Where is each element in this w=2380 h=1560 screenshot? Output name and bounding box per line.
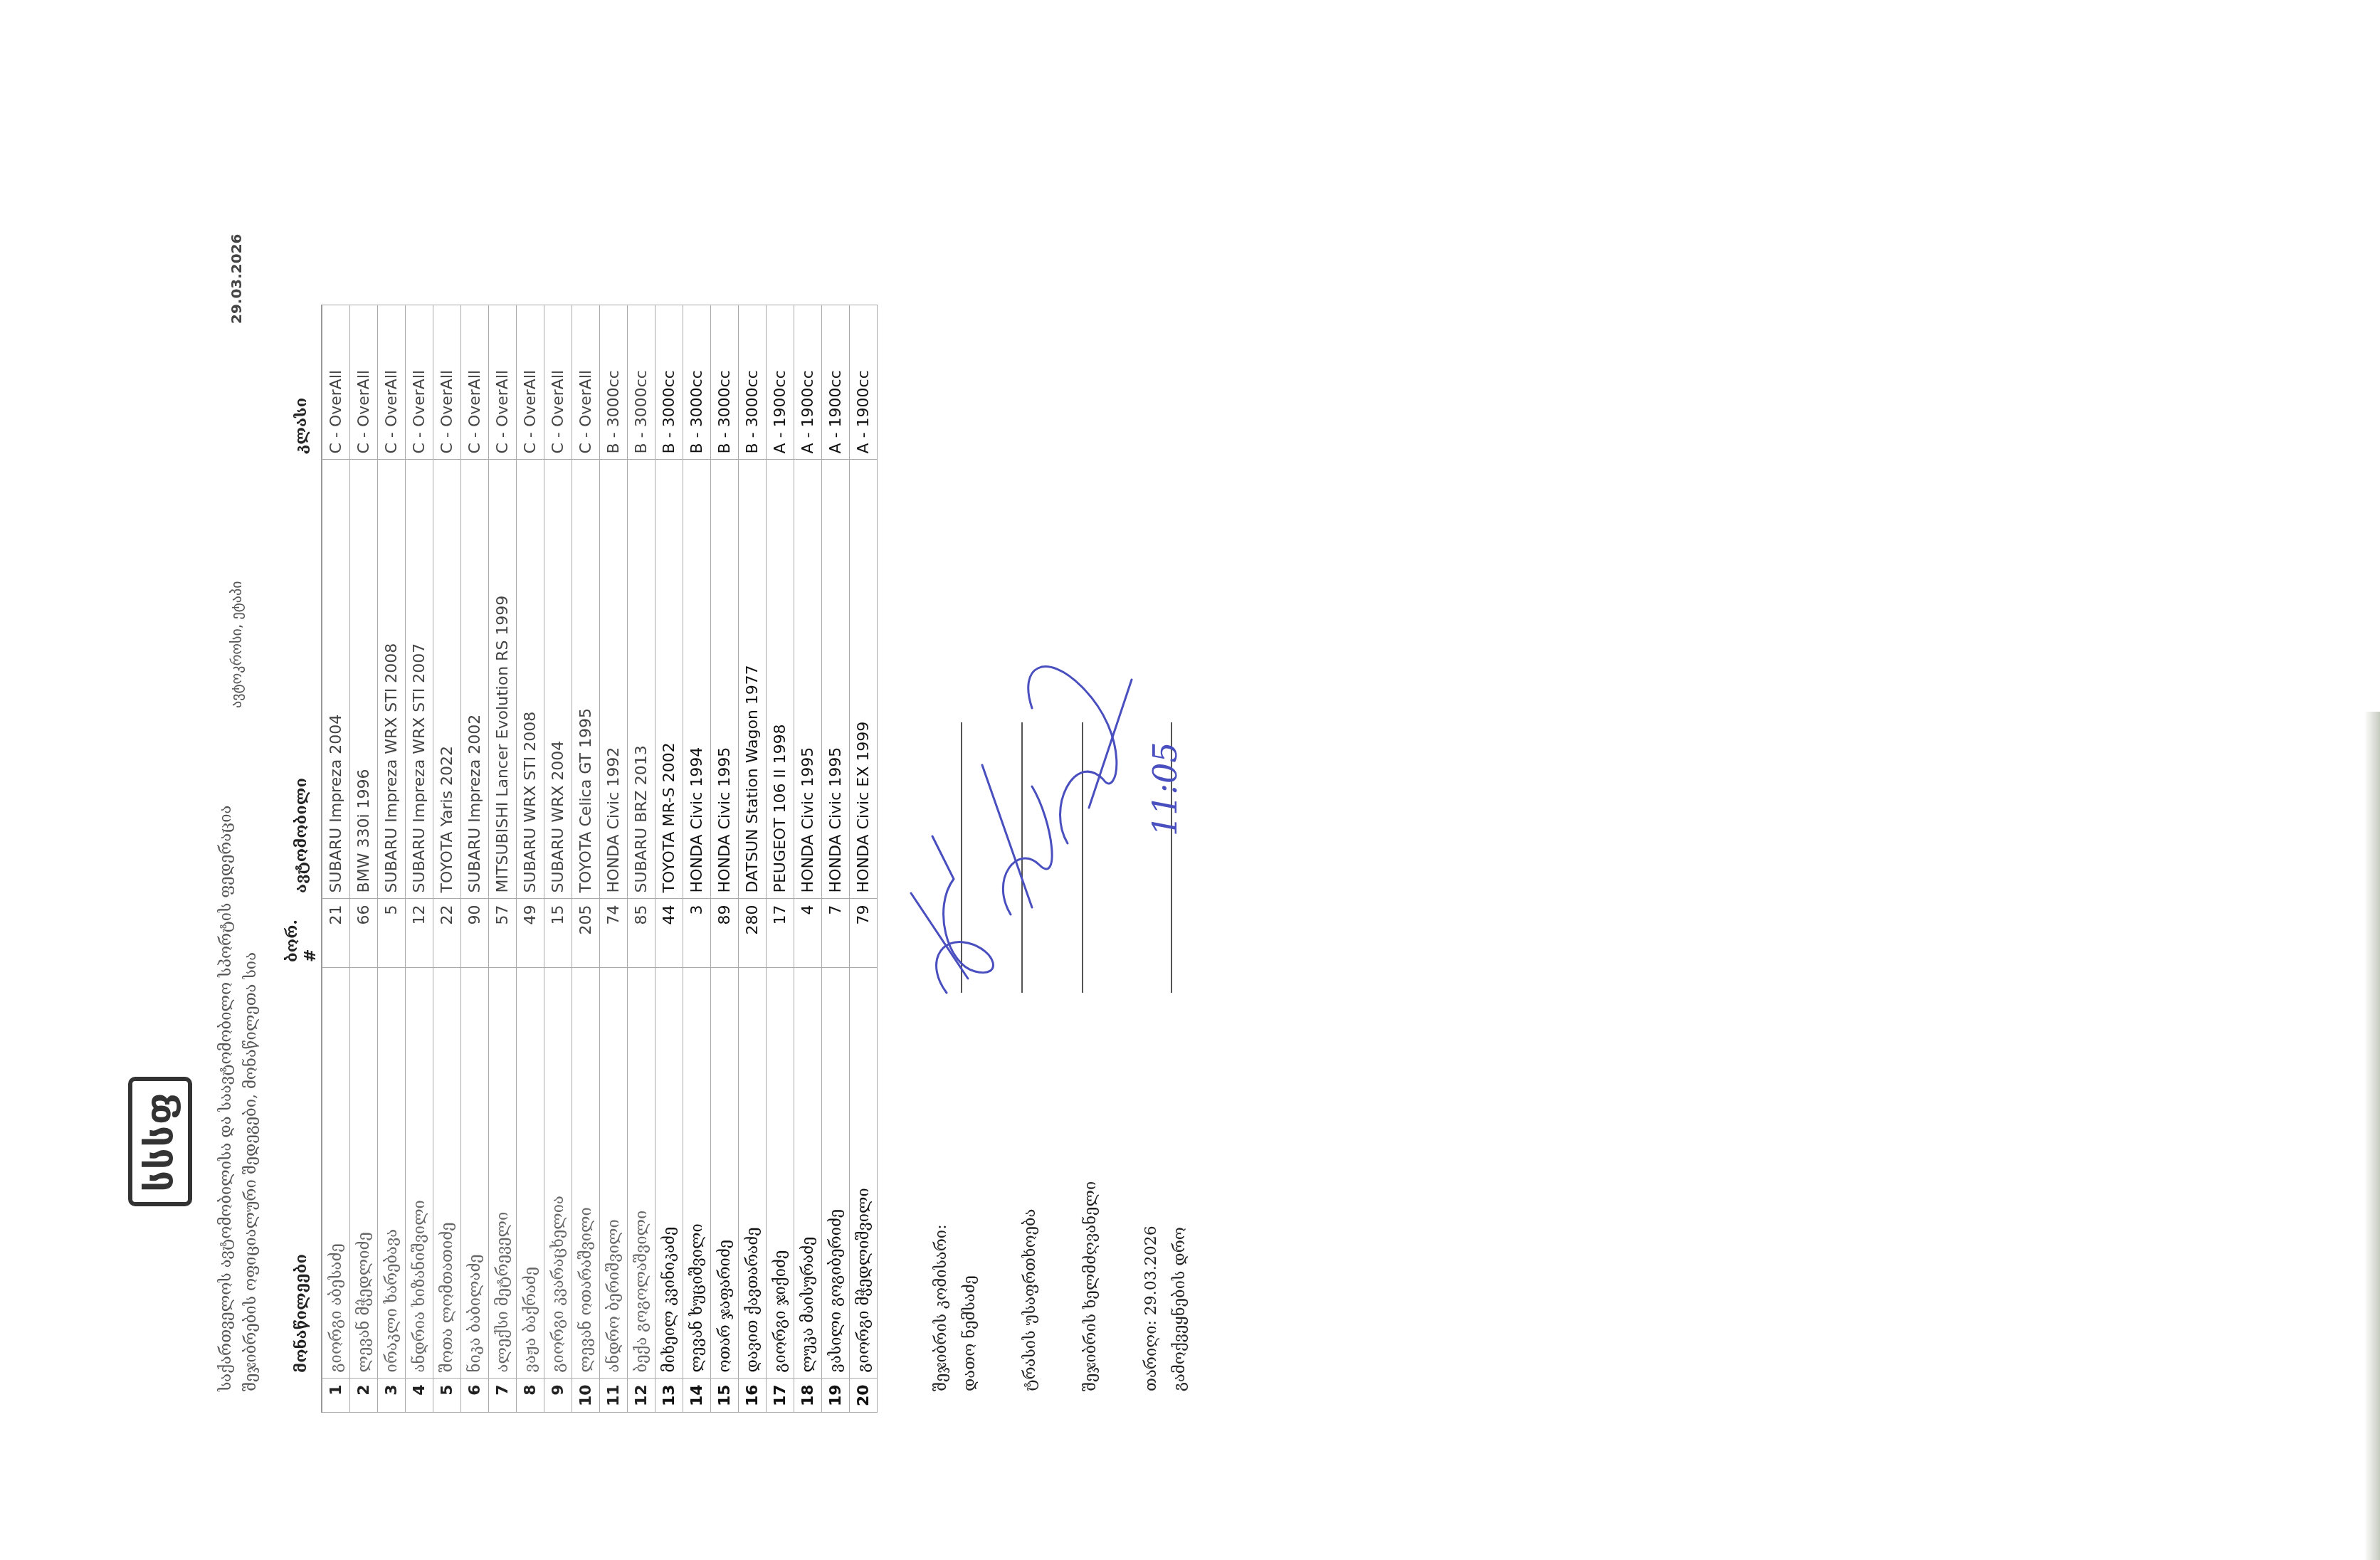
car-number-cell: 17 [767,899,794,968]
car-number-cell: 280 [739,899,767,968]
class-cell: A - 1900cc [850,305,878,460]
class-cell: B - 3000cc [628,305,655,460]
driver-cell: დავით ქავთარაძე [739,968,767,1379]
table-row: 11ანდრო ბერიშვილი74HONDA Civic 1992B - 3… [600,305,628,1413]
table-row: 7ალექსი მეტრეველი57MITSUBISHI Lancer Evo… [489,305,517,1413]
table-row: 19ვასილი გოგიბერიძე7HONDA Civic 1995A - … [822,305,850,1413]
position-cell: 4 [406,1379,433,1413]
document-date: 29.03.2026 [228,233,245,324]
class-cell: A - 1900cc [794,305,822,460]
car-number-cell: 205 [572,899,600,968]
org-name-line-2: შეჯიბრების ოფიციალური შედეგები, მონაწილე… [242,952,260,1391]
steward-label: შეჯიბრის კომისარი: [932,1224,950,1391]
table-row: 12ბექა გოგოლაშვილი85SUBARU BRZ 2013B - 3… [628,305,655,1413]
car-cell: SUBARU Impreza 2004 [322,460,350,899]
class-cell: B - 3000cc [600,305,628,460]
car-cell: SUBARU WRX STI 2008 [517,460,544,899]
car-cell: SUBARU Impreza 2002 [461,460,489,899]
car-cell: PEUGEOT 106 II 1998 [767,460,794,899]
position-cell: 18 [794,1379,822,1413]
publish-label: გამოქვეყნების დრო [1171,1227,1189,1391]
steward-name: დათო ნემსაძე [961,1275,979,1391]
car-number-cell: 79 [850,899,878,968]
table-row: 6ნიკა ბაბილაძე90SUBARU Impreza 2002C - O… [461,305,489,1413]
car-number-cell: 3 [683,899,711,968]
class-cell: B - 3000cc [711,305,739,460]
car-cell: HONDA Civic 1995 [822,460,850,899]
table-row: 16დავით ქავთარაძე280DATSUN Station Wagon… [739,305,767,1413]
class-cell: C - OverAll [544,305,572,460]
driver-cell: გიორგი აბესაძე [322,968,350,1379]
driver-cell: მიხეილ კვინიკაძე [655,968,683,1379]
table-row: 2ლევან მჭედლიძე66BMW 330i 1996C - OverAl… [350,305,378,1413]
table-row: 3ირაკლი ხარებავა5SUBARU Impreza WRX STI … [378,305,406,1413]
class-cell: C - OverAll [572,305,600,460]
class-cell: C - OverAll [433,305,461,460]
table-row: 15ოთარ ჯაფარიძე89HONDA Civic 1995B - 300… [711,305,739,1413]
driver-cell: ვასილი გოგიბერიძე [822,968,850,1379]
federation-logo: სსსფ [128,1077,192,1206]
driver-cell: ლუკა მაისურაძე [794,968,822,1379]
driver-cell: ალექსი მეტრეველი [489,968,517,1379]
col-car: ავტომობილი [281,460,322,899]
driver-cell: ლევან მჭედლიძე [350,968,378,1379]
director-label: შეჯიბრის ხელმძღვანელი [1082,1181,1100,1391]
table-body: 1გიორგი აბესაძე21SUBARU Impreza 2004C - … [322,305,878,1413]
col-driver: მონაწილეები [281,968,322,1379]
car-number-cell: 74 [600,899,628,968]
position-cell: 13 [655,1379,683,1413]
table-row: 14ლევან ხუციშვილი3HONDA Civic 1994B - 30… [683,305,711,1413]
driver-cell: ანდრო ბერიშვილი [600,968,628,1379]
driver-cell: გიორგი ჯიქიძე [767,968,794,1379]
position-cell: 7 [489,1379,517,1413]
position-cell: 9 [544,1379,572,1413]
position-cell: 11 [600,1379,628,1413]
class-cell: C - OverAll [350,305,378,460]
table-row: 13მიხეილ კვინიკაძე44TOYOTA MR-S 2002B - … [655,305,683,1413]
car-number-cell: 90 [461,899,489,968]
car-cell: TOYOTA Yaris 2022 [433,460,461,899]
car-cell: SUBARU Impreza WRX STI 2008 [378,460,406,899]
car-cell: SUBARU Impreza WRX STI 2007 [406,460,433,899]
car-cell: HONDA Civic 1992 [600,460,628,899]
col-class: კლასი [281,305,322,460]
position-cell: 5 [433,1379,461,1413]
position-cell: 3 [378,1379,406,1413]
org-name-line-1: საქართველოს ავტომობილისა და საავტომობილო… [217,806,235,1391]
col-pos [281,1379,322,1413]
driver-cell: ირაკლი ხარებავა [378,968,406,1379]
signature-block: შეჯიბრის კომისარი: დათო ნემსაძე ტრასის უ… [932,181,1274,1391]
car-number-cell: 66 [350,899,378,968]
rotated-document: სსსფ საქართველოს ავტომობილისა და საავტომ… [128,153,1295,1434]
driver-cell: ლევან ხუციშვილი [683,968,711,1379]
class-cell: B - 3000cc [739,305,767,460]
logo-text: სსსფ [139,1092,181,1192]
car-cell: TOYOTA MR-S 2002 [655,460,683,899]
car-cell: BMW 330i 1996 [350,460,378,899]
car-number-cell: 44 [655,899,683,968]
car-number-cell: 89 [711,899,739,968]
col-car-number: ბორ. # [281,899,322,968]
class-cell: C - OverAll [322,305,350,460]
driver-cell: ანდრია ხიზანიშვილი [406,968,433,1379]
car-cell: MITSUBISHI Lancer Evolution RS 1999 [489,460,517,899]
safety-label: ტრასის უსაფრთხოება [1021,1209,1039,1391]
car-number-cell: 5 [378,899,406,968]
car-number-cell: 12 [406,899,433,968]
position-cell: 8 [517,1379,544,1413]
event-label: ავტოკროსი, ეტაპი [228,581,245,709]
position-cell: 12 [628,1379,655,1413]
driver-cell: ლევან ოთარაშვილი [572,968,600,1379]
publish-time-handwritten: 11:05 [1146,742,1184,836]
car-cell: HONDA Civic 1994 [683,460,711,899]
class-cell: C - OverAll [406,305,433,460]
driver-cell: გიორგი მჭედლიშვილი [850,968,878,1379]
date-label: თარიღი: 29.03.2026 [1142,1226,1160,1391]
position-cell: 16 [739,1379,767,1413]
driver-cell: ვაჟა ბაქრაძე [517,968,544,1379]
table-row: 8ვაჟა ბაქრაძე49SUBARU WRX STI 2008C - Ov… [517,305,544,1413]
table-row: 10ლევან ოთარაშვილი205TOYOTA Celica GT 19… [572,305,600,1413]
class-cell: B - 3000cc [683,305,711,460]
car-cell: SUBARU WRX 2004 [544,460,572,899]
position-cell: 6 [461,1379,489,1413]
position-cell: 1 [322,1379,350,1413]
car-number-cell: 49 [517,899,544,968]
driver-cell: გიორგი კვარაცხელია [544,968,572,1379]
table-row: 20გიორგი მჭედლიშვილი79HONDA Civic EX 199… [850,305,878,1413]
table-row: 18ლუკა მაისურაძე4HONDA Civic 1995A - 190… [794,305,822,1413]
driver-cell: შოთა ლომთათიძე [433,968,461,1379]
car-cell: DATSUN Station Wagon 1977 [739,460,767,899]
class-cell: A - 1900cc [767,305,794,460]
driver-cell: ნიკა ბაბილაძე [461,968,489,1379]
position-cell: 10 [572,1379,600,1413]
car-number-cell: 4 [794,899,822,968]
driver-cell: ოთარ ჯაფარიძე [711,968,739,1379]
class-cell: C - OverAll [378,305,406,460]
position-cell: 15 [711,1379,739,1413]
car-cell: HONDA Civic 1995 [711,460,739,899]
car-cell: TOYOTA Celica GT 1995 [572,460,600,899]
table-header-row: მონაწილეები ბორ. # ავტომობილი კლასი [281,305,322,1413]
class-cell: C - OverAll [489,305,517,460]
car-cell: HONDA Civic 1995 [794,460,822,899]
car-cell: SUBARU BRZ 2013 [628,460,655,899]
car-number-cell: 85 [628,899,655,968]
position-cell: 2 [350,1379,378,1413]
table-row: 1გიორგი აბესაძე21SUBARU Impreza 2004C - … [322,305,350,1413]
car-number-cell: 22 [433,899,461,968]
table-row: 4ანდრია ხიზანიშვილი12SUBARU Impreza WRX … [406,305,433,1413]
driver-cell: ბექა გოგოლაშვილი [628,968,655,1379]
car-number-cell: 15 [544,899,572,968]
page-edge-shadow [2364,712,2380,1560]
position-cell: 17 [767,1379,794,1413]
car-number-cell: 21 [322,899,350,968]
table-row: 17გიორგი ჯიქიძე17PEUGEOT 106 II 1998A - … [767,305,794,1413]
results-table: მონაწილეები ბორ. # ავტომობილი კლასი 1გიო… [281,305,878,1413]
class-cell: C - OverAll [517,305,544,460]
position-cell: 20 [850,1379,878,1413]
class-cell: A - 1900cc [822,305,850,460]
class-cell: C - OverAll [461,305,489,460]
car-number-cell: 57 [489,899,517,968]
table-row: 5შოთა ლომთათიძე22TOYOTA Yaris 2022C - Ov… [433,305,461,1413]
table-row: 9გიორგი კვარაცხელია15SUBARU WRX 2004C - … [544,305,572,1413]
position-cell: 14 [683,1379,711,1413]
car-cell: HONDA Civic EX 1999 [850,460,878,899]
class-cell: B - 3000cc [655,305,683,460]
car-number-cell: 7 [822,899,850,968]
position-cell: 19 [822,1379,850,1413]
